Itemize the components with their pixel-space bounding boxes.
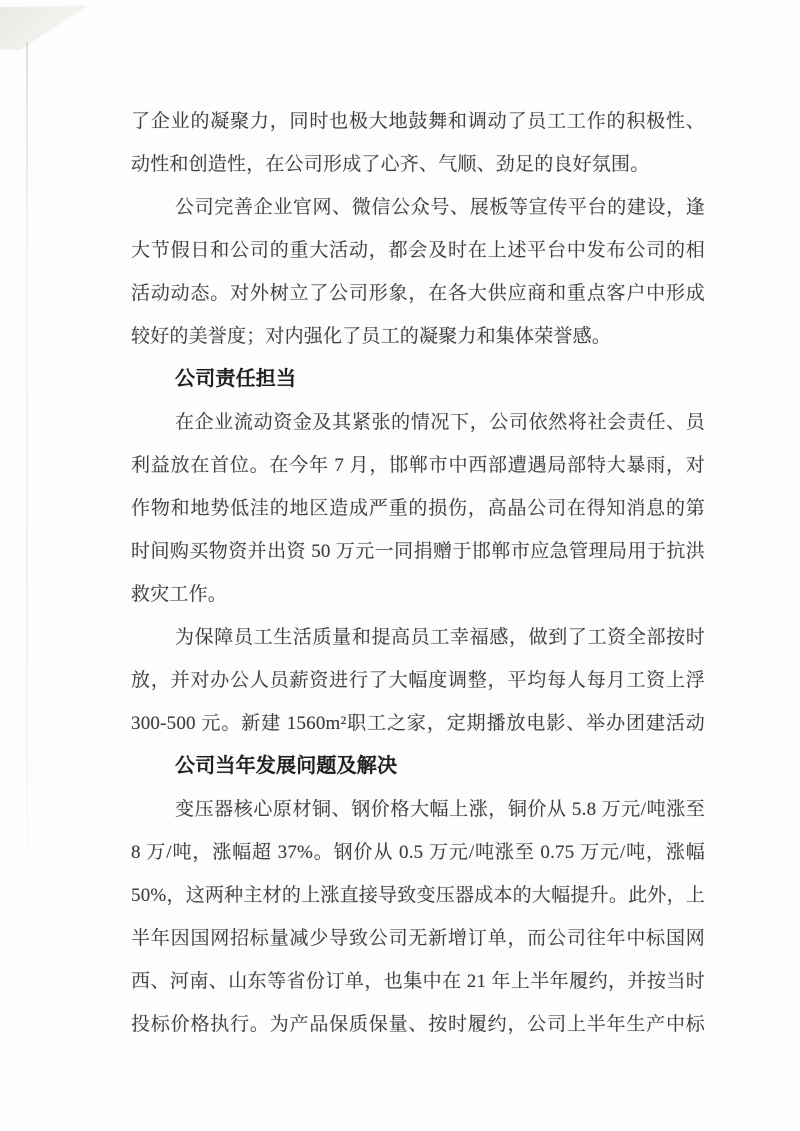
text-line: 放，并对办公人员薪资进行了大幅度调整，平均每人每月工资上浮 [131, 659, 705, 702]
text-line: 变压器核心原材铜、钢价格大幅上涨，铜价从 5.8 万元/吨涨至 [131, 788, 705, 831]
text-line: 活动动态。对外树立了公司形象，在各大供应商和重点客户中形成了 [131, 272, 705, 315]
text-line: 较好的美誉度；对内强化了员工的凝聚力和集体荣誉感。 [131, 315, 705, 358]
text-line: 300-500 元。新建 1560m²职工之家，定期播放电影、举办团建活动等。 [131, 702, 705, 745]
text-line: 了企业的凝聚力，同时也极大地鼓舞和调动了员工工作的积极性、主 [131, 100, 705, 143]
scan-corner-artifact [0, 0, 92, 52]
text-line: 公司完善企业官网、微信公众号、展板等宣传平台的建设，逢重 [131, 186, 705, 229]
text-line: 救灾工作。 [131, 573, 705, 616]
text-line: 作物和地势低洼的地区造成严重的损伤，高晶公司在得知消息的第一 [131, 487, 705, 530]
section-heading: 公司当年发展问题及解决 [131, 745, 705, 788]
text-line: 50%，这两种主材的上涨直接导致变压器成本的大幅提升。此外，上 [131, 874, 705, 917]
text-line: 西、河南、山东等省份订单，也集中在 21 年上半年履约，并按当时 [131, 960, 705, 1003]
scan-edge-line [26, 42, 28, 1131]
text-line: 在企业流动资金及其紧张的情况下，公司依然将社会责任、员工 [131, 401, 705, 444]
text-line: 半年因国网招标量减少导致公司无新增订单，而公司往年中标国网江 [131, 917, 705, 960]
text-line: 动性和创造性，在公司形成了心齐、气顺、劲足的良好氛围。 [131, 143, 705, 186]
section-heading: 公司责任担当 [131, 358, 705, 401]
text-line: 利益放在首位。在今年 7 月，邯郸市中西部遭遇局部特大暴雨，对农 [131, 444, 705, 487]
text-line: 大节假日和公司的重大活动，都会及时在上述平台中发布公司的相关 [131, 229, 705, 272]
text-line: 时间购买物资并出资 50 万元一同捐赠于邯郸市应急管理局用于抗洪 [131, 530, 705, 573]
text-line: 8 万/吨，涨幅超 37%。钢价从 0.5 万元/吨涨至 0.75 万元/吨，涨… [131, 831, 705, 874]
scanned-document-page: 了企业的凝聚力，同时也极大地鼓舞和调动了员工工作的积极性、主动性和创造性，在公司… [0, 0, 800, 1131]
document-body: 了企业的凝聚力，同时也极大地鼓舞和调动了员工工作的积极性、主动性和创造性，在公司… [131, 100, 705, 1046]
text-line: 投标价格执行。为产品保质保量、按时履约，公司上半年生产中标订 [131, 1003, 705, 1046]
text-line: 为保障员工生活质量和提高员工幸福感，做到了工资全部按时发 [131, 616, 705, 659]
